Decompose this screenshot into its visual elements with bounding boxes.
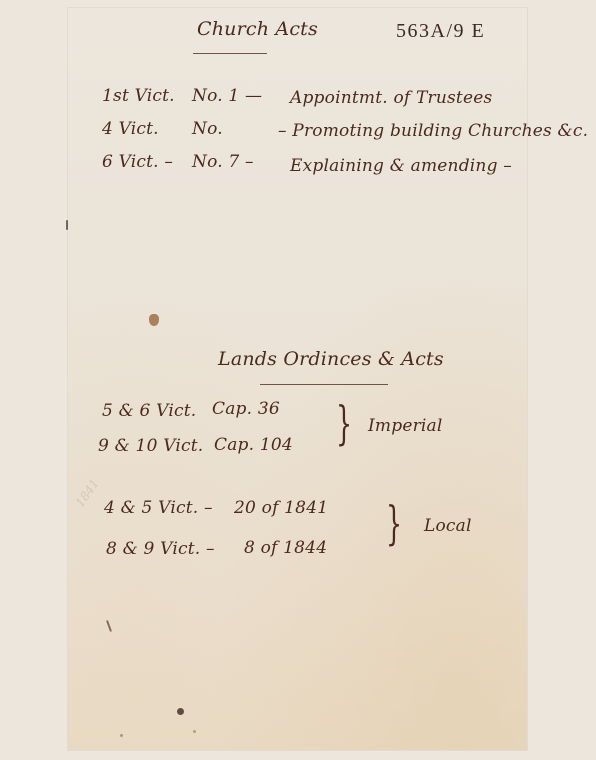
act-description: Appointmt. of Trustees xyxy=(290,88,492,108)
ordinance-reference: 8 of 1844 xyxy=(244,538,327,558)
imperial-label: Imperial xyxy=(368,416,443,436)
pencil-mark xyxy=(106,620,112,632)
lands-ordinances-heading: Lands Ordinces & Acts xyxy=(218,348,444,370)
ordinance-reference: 20 of 1841 xyxy=(234,498,328,518)
faint-offset-mark: 1841 xyxy=(73,476,102,509)
regnal-year: 9 & 10 Vict. xyxy=(98,436,203,456)
regnal-year: 1st Vict. xyxy=(102,86,175,106)
local-label: Local xyxy=(424,516,472,536)
cap-reference: Cap. 104 xyxy=(214,435,293,455)
ink-speck xyxy=(120,734,123,737)
lands-heading-underline xyxy=(260,384,388,385)
regnal-year: 6 Vict. – xyxy=(102,152,173,172)
regnal-year: 5 & 6 Vict. xyxy=(102,401,196,421)
church-acts-underline xyxy=(193,53,267,54)
edge-mark xyxy=(66,220,68,230)
act-number: No. xyxy=(192,119,223,139)
act-number: No. 1 — xyxy=(192,86,262,106)
act-number: No. 7 – xyxy=(192,152,254,172)
reference-number: 563A/9 E xyxy=(396,20,485,43)
act-description: Explaining & amending – xyxy=(290,156,512,176)
local-brace: } xyxy=(386,500,402,546)
church-acts-heading: Church Acts xyxy=(197,18,318,40)
manuscript-page: Church Acts 563A/9 E 1st Vict. No. 1 — A… xyxy=(68,8,527,750)
ink-speck xyxy=(193,730,196,733)
act-description: – Promoting building Churches &c. xyxy=(278,121,588,141)
regnal-year: 4 & 5 Vict. – xyxy=(104,498,213,518)
imperial-brace: } xyxy=(336,400,352,446)
ink-stain xyxy=(149,314,159,326)
regnal-year: 4 Vict. xyxy=(102,119,159,139)
ink-speck xyxy=(177,708,184,715)
cap-reference: Cap. 36 xyxy=(212,399,280,419)
regnal-year: 8 & 9 Vict. – xyxy=(106,539,215,559)
